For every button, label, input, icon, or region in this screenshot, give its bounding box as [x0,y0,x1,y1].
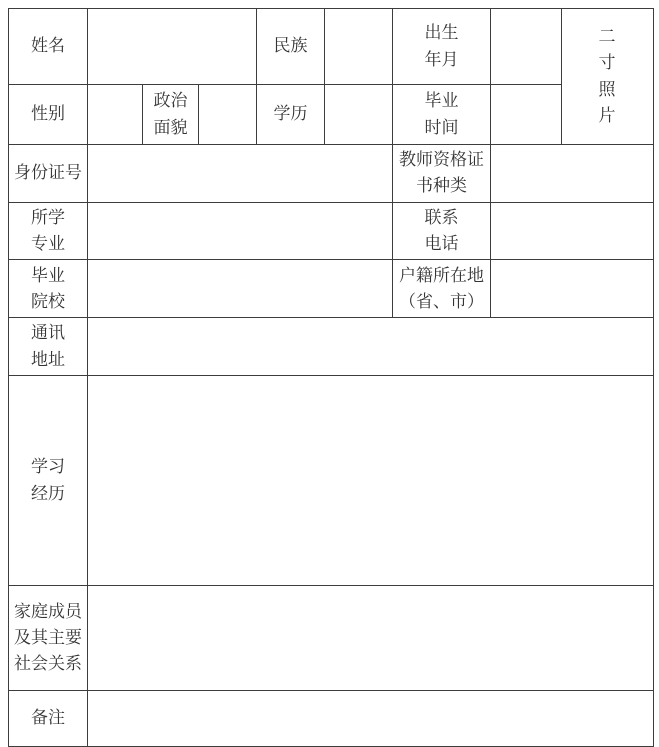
family-members-label: 家庭成员 及其主要 社会关系 [9,586,88,691]
row-family-members: 家庭成员 及其主要 社会关系 [9,586,654,691]
gender-field[interactable] [88,85,143,145]
teacher-certificate-field[interactable] [491,145,654,203]
teacher-certificate-label: 教师资格证 书种类 [393,145,491,203]
photo-box[interactable]: 二 寸 照 片 [562,9,654,145]
household-registration-field[interactable] [491,260,654,318]
education-field[interactable] [325,85,393,145]
graduation-time-label: 毕业 时间 [393,85,491,145]
education-label: 学历 [257,85,325,145]
study-experience-field[interactable] [88,376,654,586]
row-remarks: 备注 [9,691,654,747]
row-study-experience: 学习 经历 [9,376,654,586]
ethnicity-field[interactable] [325,9,393,85]
birth-date-field[interactable] [491,9,562,85]
study-experience-label: 学习 经历 [9,376,88,586]
mailing-address-label: 通讯 地址 [9,318,88,376]
row-name: 姓名 民族 出生 年月 二 寸 照 片 [9,9,654,85]
family-members-field[interactable] [88,586,654,691]
ethnicity-label: 民族 [257,9,325,85]
graduation-school-field[interactable] [88,260,393,318]
major-label: 所学 专业 [9,202,88,260]
name-label: 姓名 [9,9,88,85]
contact-phone-field[interactable] [491,202,654,260]
household-registration-label: 户籍所在地 （省、市） [393,260,491,318]
remarks-label: 备注 [9,691,88,747]
row-id-number: 身份证号 教师资格证 书种类 [9,145,654,203]
application-form-table: 姓名 民族 出生 年月 二 寸 照 片 性别 政治 面貌 学历 毕业 时间 身份… [8,8,654,747]
row-gender: 性别 政治 面貌 学历 毕业 时间 [9,85,654,145]
id-number-field[interactable] [88,145,393,203]
row-major: 所学 专业 联系 电话 [9,202,654,260]
row-mailing-address: 通讯 地址 [9,318,654,376]
gender-label: 性别 [9,85,88,145]
graduation-time-field[interactable] [491,85,562,145]
contact-phone-label: 联系 电话 [393,202,491,260]
major-field[interactable] [88,202,393,260]
graduation-school-label: 毕业 院校 [9,260,88,318]
political-status-label: 政治 面貌 [143,85,199,145]
name-field[interactable] [88,9,257,85]
id-number-label: 身份证号 [9,145,88,203]
birth-date-label: 出生 年月 [393,9,491,85]
mailing-address-field[interactable] [88,318,654,376]
form-page: 姓名 民族 出生 年月 二 寸 照 片 性别 政治 面貌 学历 毕业 时间 身份… [0,0,659,730]
row-graduation-school: 毕业 院校 户籍所在地 （省、市） [9,260,654,318]
remarks-field[interactable] [88,691,654,747]
political-status-field[interactable] [199,85,257,145]
